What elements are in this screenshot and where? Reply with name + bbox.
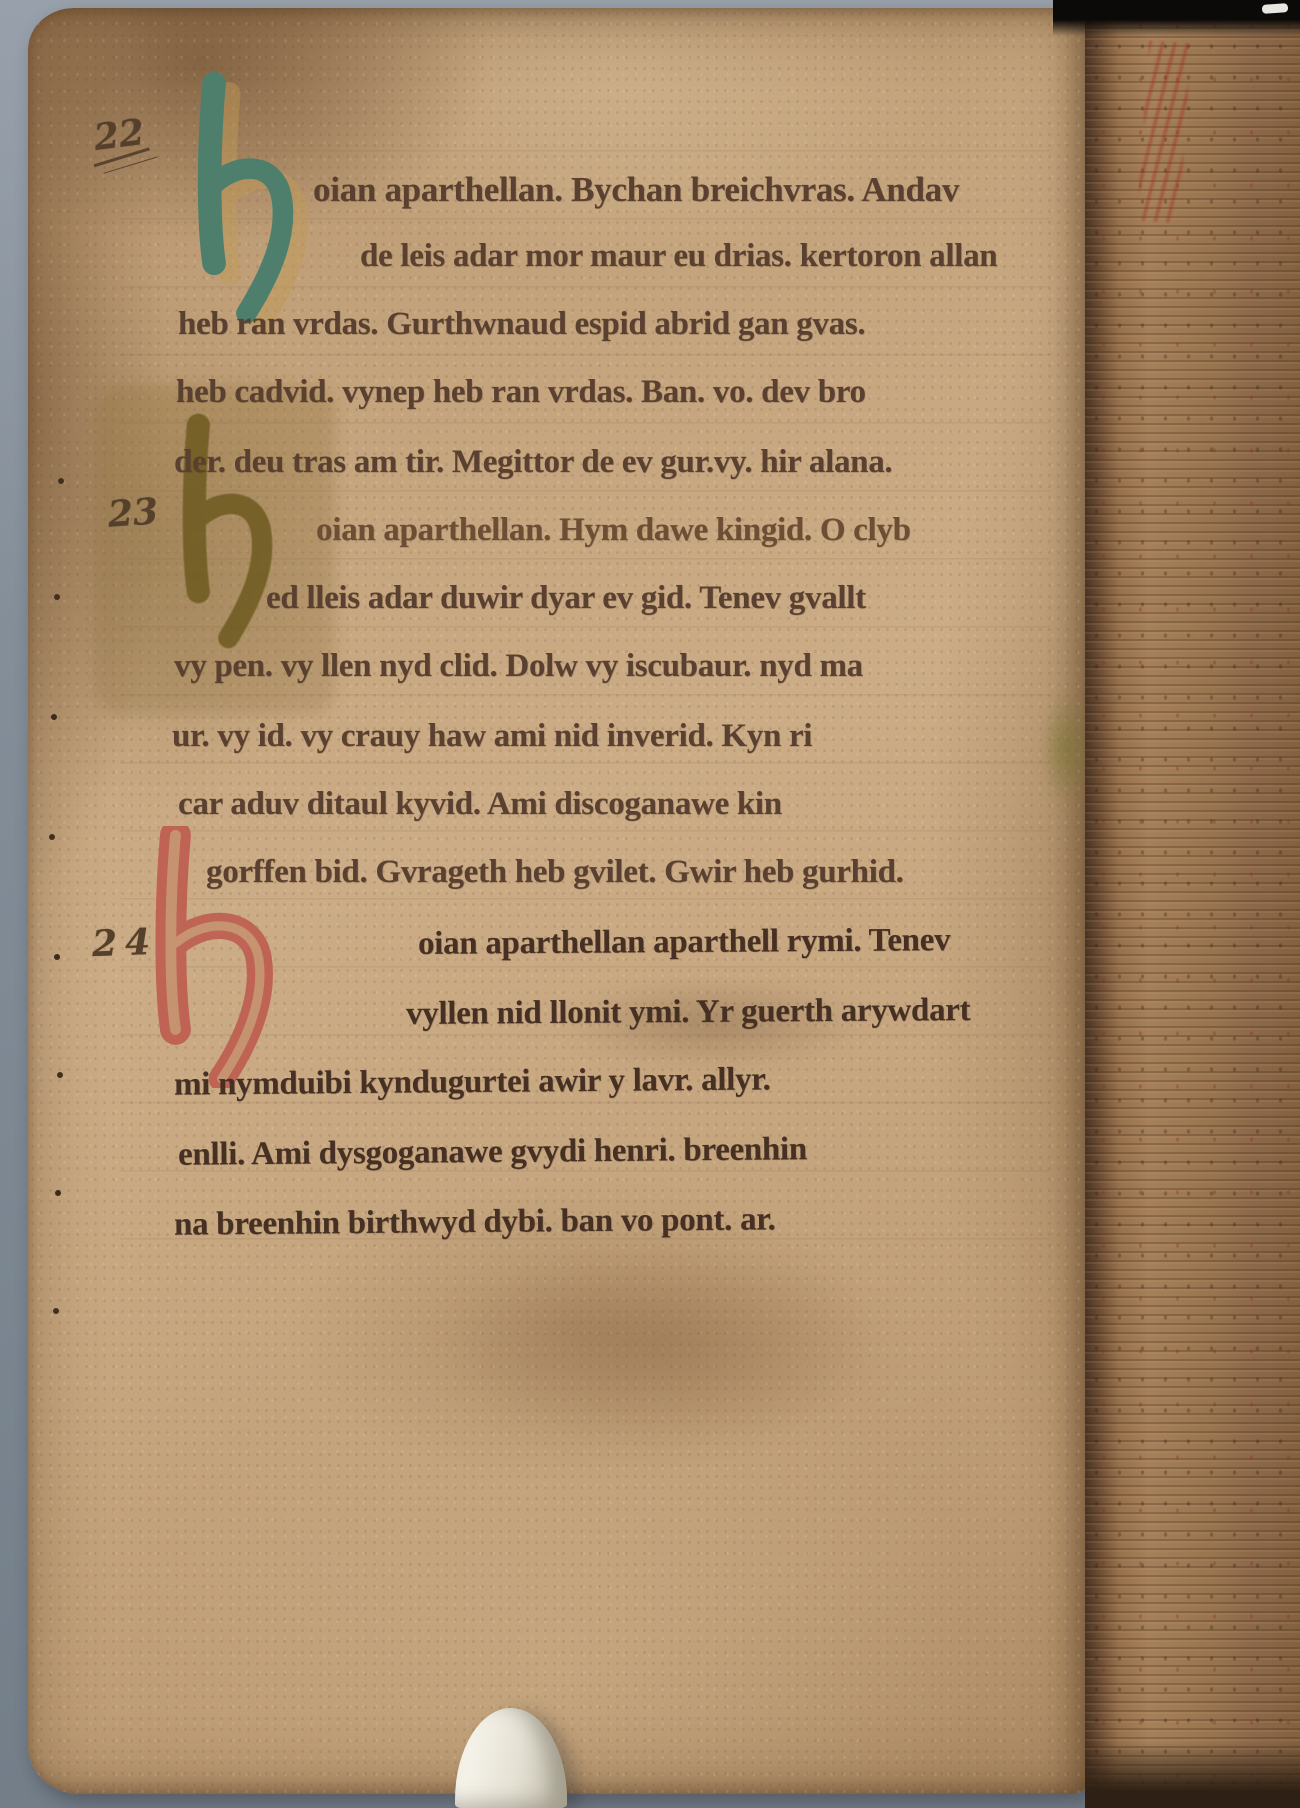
stanza-number-22: 22 (92, 111, 147, 159)
pricking-holes (48, 478, 54, 484)
text-line: na breenhin birthwyd dybi. ban vo pont. … (174, 1201, 776, 1243)
text-line: enlli. Ami dysgoganawe gvydi henri. bree… (178, 1131, 807, 1173)
binding-speckles (1085, 0, 1300, 1808)
text-line: heb cadvid. vynep heb ran vrdas. Ban. vo… (176, 374, 866, 411)
text-line: oian aparthellan. Hym dawe kingid. O cly… (316, 512, 911, 549)
decorated-initial-green-h: h (164, 50, 326, 350)
text-line: gorffen bid. Gvrageth heb gvilet. Gwir h… (206, 854, 904, 891)
text-line: mi nymduibi kyndugurtei awir y lavr. all… (174, 1061, 771, 1103)
photo-backdrop: 22 23 24 h h (0, 0, 1300, 1808)
binding-bottom-shadow (1085, 1742, 1300, 1808)
text-line: car aduv ditaul kyvid. Ami discoganawe k… (178, 786, 782, 823)
text-line: ed lleis adar duwir dyar ev gid. Tenev g… (266, 580, 866, 617)
decorated-initial-olive-h: h (152, 400, 302, 666)
text-line: vyllen nid llonit ymi. Yr guerth arywdar… (406, 992, 971, 1033)
text-line: der. deu tras am tir. Megittor de ev gur… (174, 444, 892, 481)
book-binding (1085, 0, 1300, 1808)
text-line: de leis adar mor maur eu drias. kertoron… (360, 238, 997, 275)
text-line: oian aparthellan. Bychan breichvras. And… (313, 170, 959, 210)
text-line: vy pen. vy llen nyd clid. Dolw vy iscuba… (174, 648, 863, 685)
text-line: ur. vy id. vy crauy haw ami nid inverid.… (172, 718, 812, 755)
text-line: heb ran vrdas. Gurthwnaud espid abrid ga… (178, 306, 865, 343)
initial-h-glyph (152, 400, 302, 666)
parchment-stain (430, 1240, 900, 1450)
manuscript-page: 22 23 24 h h (28, 8, 1094, 1794)
initial-h-glyph (164, 50, 326, 350)
text-line: oian aparthellan aparthell rymi. Tenev (418, 922, 950, 963)
binding-white-speck (1262, 3, 1289, 14)
